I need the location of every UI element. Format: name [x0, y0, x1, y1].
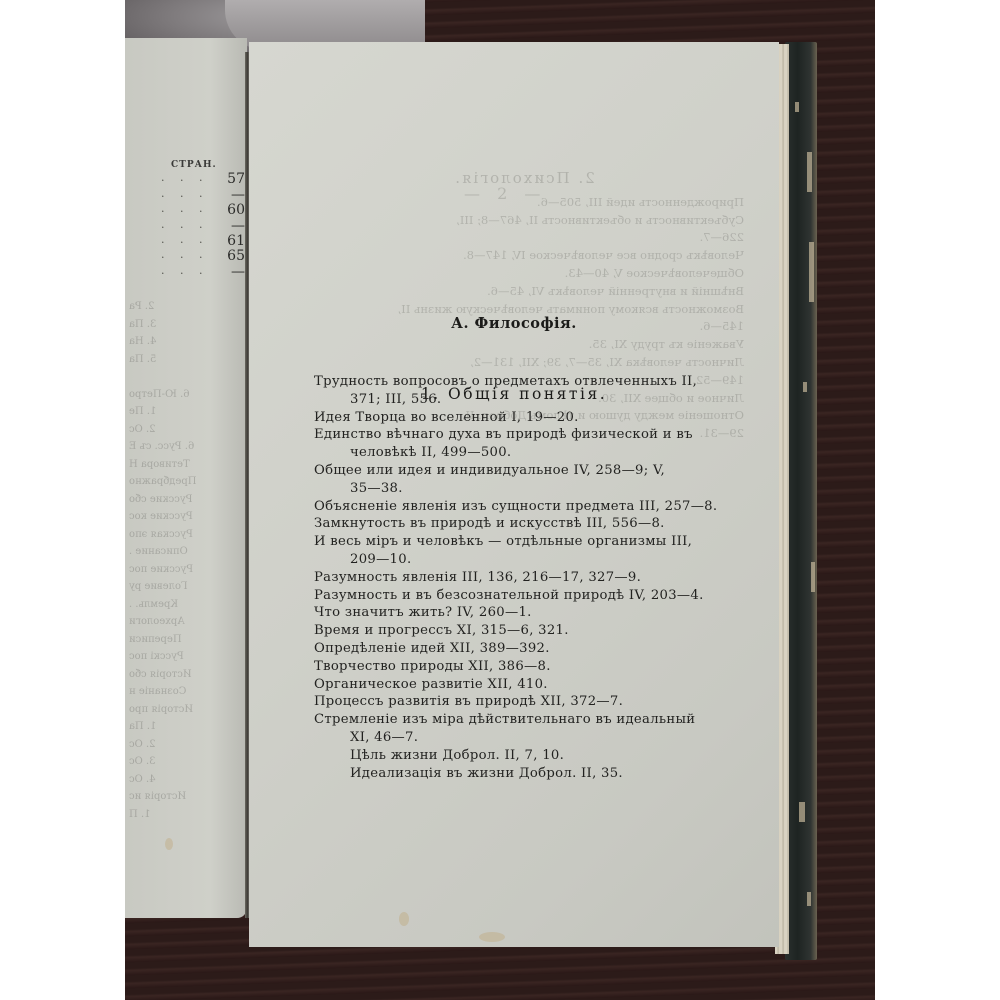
- left-page: СТРАН. . . . . . 57 . . . . . — . . . . …: [125, 38, 247, 918]
- index-entry: Идея Творца во вселенной I, 19—20.: [314, 409, 739, 427]
- toc-page-number: 65: [215, 248, 245, 264]
- index-entry: Объясненіе явленія изъ сущности предмета…: [314, 498, 739, 516]
- toc-leader-dots: . . . . .: [161, 202, 217, 215]
- toc-leader-dots: . . . . .: [161, 233, 217, 246]
- paper-stain: [399, 912, 409, 926]
- index-entry: Время и прогрессъ XI, 315—6, 321.: [314, 622, 739, 640]
- toc-page-column-header: СТРАН.: [171, 160, 217, 170]
- index-entry: И весь міръ и человѣкъ — отдѣльные орган…: [314, 533, 739, 569]
- index-entry: Общее или идея и индивидуальное IV, 258—…: [314, 462, 739, 498]
- toc-page-number: —: [215, 187, 245, 203]
- toc-row: . . . . . —: [161, 264, 245, 282]
- index-entry: Разумность и въ безсознательной природѣ …: [314, 587, 739, 605]
- index-sub-entry: Идеализація въ жизни Доброл. II, 35.: [314, 765, 739, 783]
- toc-leader-dots: . . . . .: [161, 248, 217, 261]
- toc-page-number: 61: [215, 233, 245, 249]
- cover-wear-mark: [803, 382, 807, 392]
- paper-stain: [165, 838, 173, 850]
- toc-page-number: 57: [215, 171, 245, 187]
- section-title: А. Философія.: [249, 315, 779, 332]
- index-entry: Замкнутость въ природѣ и искусствѣ III, …: [314, 515, 739, 533]
- index-entry: Процессъ развитія въ природѣ XII, 372—7.: [314, 693, 739, 711]
- book-photo: СТРАН. . . . . . 57 . . . . . — . . . . …: [125, 0, 875, 1000]
- cover-wear-mark: [811, 562, 815, 592]
- index-sub-entry: Цѣль жизни Доброл. II, 7, 10.: [314, 747, 739, 765]
- cover-wear-mark: [799, 802, 805, 822]
- index-entry: Что значитъ жить? IV, 260—1.: [314, 604, 739, 622]
- toc-leader-dots: . . . . .: [161, 171, 217, 184]
- index-entry: Творчество природы XII, 386—8.: [314, 658, 739, 676]
- toc-page-number: —: [215, 264, 245, 280]
- toc-leader-dots: . . . . .: [161, 187, 217, 200]
- index-entry: Опредѣленіе идей XII, 389—392.: [314, 640, 739, 658]
- index-entries: Трудность вопросовъ о предметахъ отвлече…: [314, 373, 739, 782]
- paper-stain: [479, 932, 505, 942]
- index-entry: Разумность явленія III, 136, 216—17, 327…: [314, 569, 739, 587]
- index-entry: Трудность вопросовъ о предметахъ отвлече…: [314, 373, 739, 409]
- toc-leader-dots: . . . . .: [161, 264, 217, 277]
- index-entry: Единство вѣчнаго духа въ природѣ физичес…: [314, 426, 739, 462]
- toc-leader-dots: . . . . .: [161, 218, 217, 231]
- index-entry: Органическое развитіе XII, 410.: [314, 676, 739, 694]
- cover-wear-mark: [809, 242, 814, 302]
- cover-wear-mark: [807, 152, 812, 192]
- index-entry: Стремленіе изъ міра дѣйствительнаго въ и…: [314, 711, 739, 747]
- toc-page-number: —: [215, 218, 245, 234]
- cover-wear-mark: [807, 892, 811, 906]
- cover-wear-mark: [795, 102, 799, 112]
- book-cover-edge: [785, 42, 817, 960]
- left-page-bleed-through-text: 2. Ра 3. Па 4. На 5. Па 6. Ю-Петро 1. Пе…: [129, 298, 239, 823]
- toc-page-number: 60: [215, 202, 245, 218]
